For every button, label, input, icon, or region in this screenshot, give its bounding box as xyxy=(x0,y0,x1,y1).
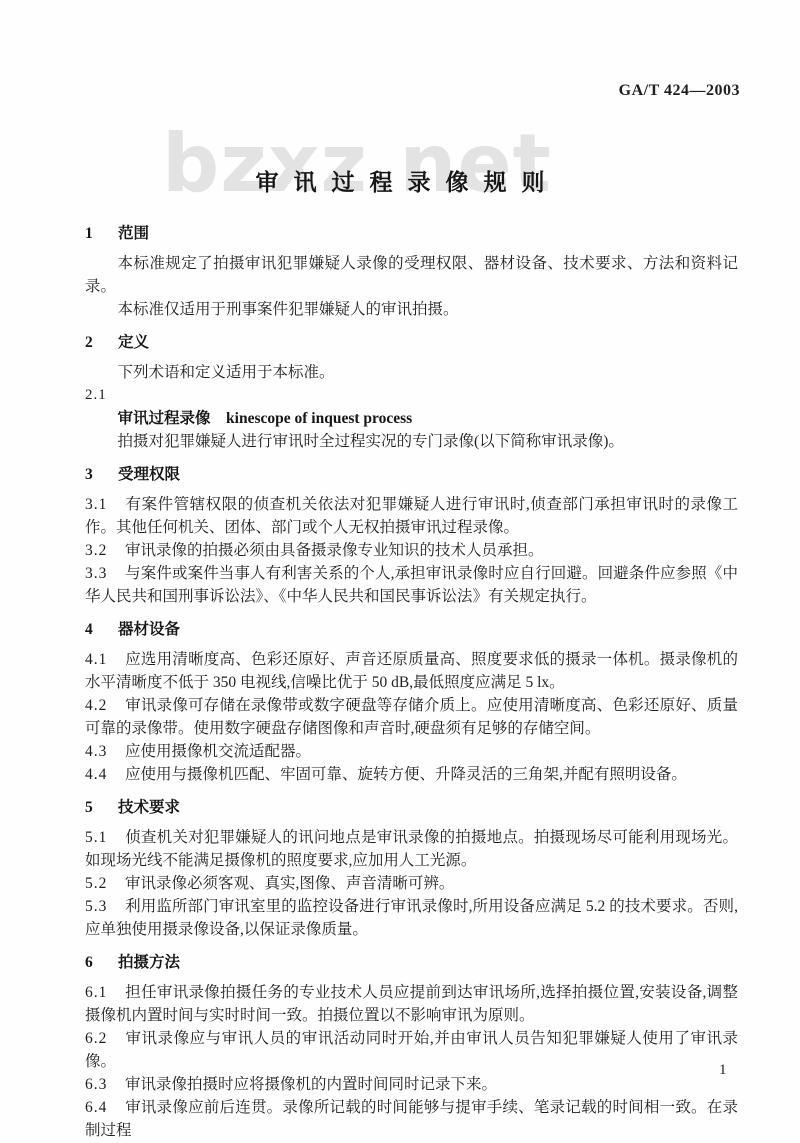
clause-3.2: 3.2审讯录像的拍摄必须由具备摄录像专业知识的技术人员承担。 xyxy=(85,539,738,562)
section-title: 定义 xyxy=(118,333,149,351)
clause-text: 应使用摄像机交流适配器。 xyxy=(125,743,311,760)
section-4: 4器材设备4.1应选用清晰度高、色彩还原好、声音还原质量高、照度要求低的摄录一体… xyxy=(85,618,738,786)
section-number: 4 xyxy=(85,618,118,641)
document-body: 1范围本标准规定了拍摄审讯犯罪嫌疑人录像的受理权限、器材设备、技术要求、方法和资… xyxy=(85,212,738,1142)
clause-4.2: 4.2审讯录像可存储在录像带或数字硬盘等存储介质上。应使用清晰度高、色彩还原好、… xyxy=(85,694,738,740)
clause-number: 4.1 xyxy=(85,648,125,671)
section-title: 拍摄方法 xyxy=(118,953,180,971)
clause-number: 5.3 xyxy=(85,895,125,918)
section-number: 2 xyxy=(85,331,118,354)
standard-number: GA/T 424—2003 xyxy=(619,82,740,100)
section-1: 1范围本标准规定了拍摄审讯犯罪嫌疑人录像的受理权限、器材设备、技术要求、方法和资… xyxy=(85,222,738,321)
term-definition: 审讯过程录像 kinescope of inquest process xyxy=(85,407,738,430)
paragraph: 本标准仅适用于刑事案件犯罪嫌疑人的审讯拍摄。 xyxy=(85,298,738,321)
clause-4.3: 4.3应使用摄像机交流适配器。 xyxy=(85,740,738,763)
clause-number: 3.3 xyxy=(85,562,125,585)
clause-number: 3.2 xyxy=(85,539,125,562)
clause-number: 6.1 xyxy=(85,981,125,1004)
section-5: 5技术要求5.1侦查机关对犯罪嫌疑人的讯问地点是审讯录像的拍摄地点。拍摄现场尽可… xyxy=(85,796,738,941)
clause-3.3: 3.3与案件或案件当事人有利害关系的个人,承担审讯录像时应自行回避。回避条件应参… xyxy=(85,562,738,608)
clause-number: 5.2 xyxy=(85,872,125,895)
clause-number: 6.2 xyxy=(85,1027,125,1050)
section-number: 1 xyxy=(85,222,118,245)
section-number: 5 xyxy=(85,796,118,819)
clause-6.2: 6.2审讯录像应与审讯人员的审讯活动同时开始,并由审讯人员告知犯罪嫌疑人使用了审… xyxy=(85,1027,738,1073)
clause-number: 4.4 xyxy=(85,763,125,786)
section-heading: 2定义 xyxy=(85,331,738,354)
section-heading: 6拍摄方法 xyxy=(85,951,738,974)
section-heading: 3受理权限 xyxy=(85,463,738,486)
clause-text: 审讯录像的拍摄必须由具备摄录像专业知识的技术人员承担。 xyxy=(125,542,544,559)
clause-4.4: 4.4应使用与摄像机匹配、牢固可靠、旋转方便、升降灵活的三角架,并配有照明设备。 xyxy=(85,763,738,786)
section-6: 6拍摄方法6.1担任审讯录像拍摄任务的专业技术人员应提前到达审讯场所,选择拍摄位… xyxy=(85,951,738,1142)
document-page: bzxz.net GA/T 424—2003 审讯过程录像规则 1范围本标准规定… xyxy=(0,0,800,1143)
clause-text: 利用监所部门审讯室里的监控设备进行审讯录像时,所用设备应满足 5.2 的技术要求… xyxy=(85,898,738,938)
clause-number: 4.3 xyxy=(85,740,125,763)
clause-number: 6.3 xyxy=(85,1073,125,1096)
section-heading: 4器材设备 xyxy=(85,618,738,641)
clause-6.3: 6.3审讯录像拍摄时应将摄像机的内置时间同时记录下来。 xyxy=(85,1073,738,1096)
clause-number: 4.2 xyxy=(85,694,125,717)
clause-text: 审讯录像必须客观、真实,图像、声音清晰可辨。 xyxy=(125,875,454,892)
clause-4.1: 4.1应选用清晰度高、色彩还原好、声音还原质量高、照度要求低的摄录一体机。摄录像… xyxy=(85,648,738,694)
paragraph: 拍摄对犯罪嫌疑人进行审讯时全过程实况的专门录像(以下简称审讯录像)。 xyxy=(85,430,738,453)
clause-text: 有案件管辖权限的侦查机关依法对犯罪嫌疑人进行审讯时,侦查部门承担审讯时的录像工作… xyxy=(85,496,738,536)
clause-5.1: 5.1侦查机关对犯罪嫌疑人的讯问地点是审讯录像的拍摄地点。拍摄现场尽可能利用现场… xyxy=(85,826,738,872)
clause-text: 审讯录像应与审讯人员的审讯活动同时开始,并由审讯人员告知犯罪嫌疑人使用了审讯录像… xyxy=(85,1030,738,1070)
section-heading: 1范围 xyxy=(85,222,738,245)
clause-5.2: 5.2审讯录像必须客观、真实,图像、声音清晰可辨。 xyxy=(85,872,738,895)
paragraph: 本标准规定了拍摄审讯犯罪嫌疑人录像的受理权限、器材设备、技术要求、方法和资料记录… xyxy=(85,252,738,298)
section-3: 3受理权限3.1有案件管辖权限的侦查机关依法对犯罪嫌疑人进行审讯时,侦查部门承担… xyxy=(85,463,738,608)
clause-text: 应使用与摄像机匹配、牢固可靠、旋转方便、升降灵活的三角架,并配有照明设备。 xyxy=(125,766,687,783)
section-number: 3 xyxy=(85,463,118,486)
clause-text: 审讯录像可存储在录像带或数字硬盘等存储介质上。应使用清晰度高、色彩还原好、质量可… xyxy=(85,697,738,737)
paragraph: 下列术语和定义适用于本标准。 xyxy=(85,361,738,384)
section-title: 器材设备 xyxy=(118,620,180,638)
document-title: 审讯过程录像规则 xyxy=(0,164,800,197)
clause-number: 6.4 xyxy=(85,1096,125,1119)
clause-text: 审讯录像应前后连贯。录像所记载的时间能够与提审手续、笔录记载的时间相一致。在录制… xyxy=(85,1099,738,1139)
section-title: 受理权限 xyxy=(118,465,180,483)
clause-6.1: 6.1担任审讯录像拍摄任务的专业技术人员应提前到达审讯场所,选择拍摄位置,安装设… xyxy=(85,981,738,1027)
clause-text: 审讯录像拍摄时应将摄像机的内置时间同时记录下来。 xyxy=(125,1076,497,1093)
clause-3.1: 3.1有案件管辖权限的侦查机关依法对犯罪嫌疑人进行审讯时,侦查部门承担审讯时的录… xyxy=(85,493,738,539)
clause-text: 侦查机关对犯罪嫌疑人的讯问地点是审讯录像的拍摄地点。拍摄现场尽可能利用现场光。如… xyxy=(85,829,738,869)
section-heading: 5技术要求 xyxy=(85,796,738,819)
clause-text: 应选用清晰度高、色彩还原好、声音还原质量高、照度要求低的摄录一体机。摄录像机的水… xyxy=(85,651,738,691)
section-2: 2定义下列术语和定义适用于本标准。2.1审讯过程录像 kinescope of … xyxy=(85,331,738,453)
clause-5.3: 5.3利用监所部门审讯室里的监控设备进行审讯录像时,所用设备应满足 5.2 的技… xyxy=(85,895,738,941)
clause-6.4: 6.4审讯录像应前后连贯。录像所记载的时间能够与提审手续、笔录记载的时间相一致。… xyxy=(85,1096,738,1142)
clause-text: 担任审讯录像拍摄任务的专业技术人员应提前到达审讯场所,选择拍摄位置,安装设备,调… xyxy=(85,984,738,1024)
section-title: 技术要求 xyxy=(118,798,180,816)
clause-number: 3.1 xyxy=(85,493,125,516)
section-title: 范围 xyxy=(118,224,149,242)
clause-text: 与案件或案件当事人有利害关系的个人,承担审讯录像时应自行回避。回避条件应参照《中… xyxy=(85,565,738,605)
section-number: 6 xyxy=(85,951,118,974)
subclause-number: 2.1 xyxy=(85,384,738,407)
clause-number: 5.1 xyxy=(85,826,125,849)
page-number: 1 xyxy=(719,1062,727,1079)
